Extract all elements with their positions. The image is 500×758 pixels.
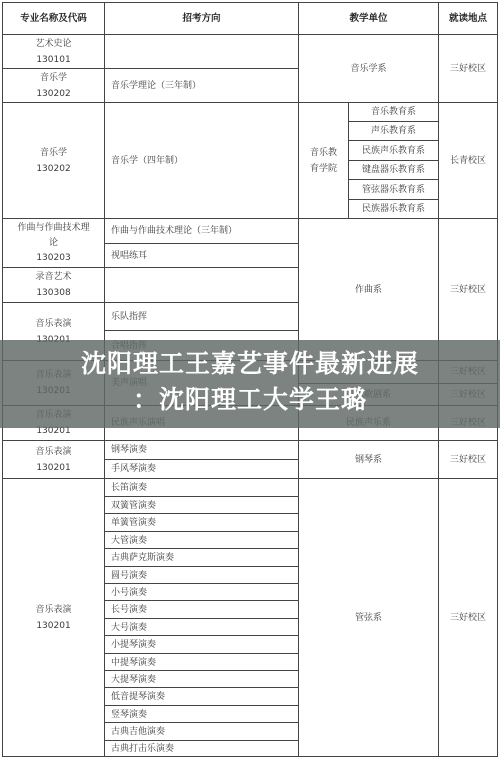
direction-cell: 手风琴演奏 [104,459,299,479]
campus-cell: 三好校区 [438,440,498,479]
unit-cell: 钢琴系 [298,440,439,479]
major-name: 艺术史论 [35,36,71,52]
header-direction: 招考方向 [104,2,299,35]
header-unit: 教学单位 [298,2,439,35]
header-campus: 就读地点 [438,2,498,35]
direction-cell: 长笛演奏 [104,478,299,497]
sub-unit-cell: 键盘器乐教育系 [348,160,439,180]
header-major: 专业名称及代码 [2,2,105,35]
major-code: 130202 [36,86,70,102]
major-cell: 音乐学 130202 [2,102,105,219]
major-name: 作曲与作曲技术理论 [14,221,94,251]
major-cell: 艺术史论 130101 [2,34,105,69]
sub-unit-cell: 管弦器乐教育系 [348,179,439,200]
direction-cell: 低音提琴演奏 [104,687,299,706]
direction-cell: 古典萨克斯演奏 [104,548,299,567]
major-cell: 音乐学 130202 [2,68,105,103]
major-code: 130101 [36,52,70,68]
major-code: 130308 [36,285,70,301]
major-cell: 音乐表演 130201 [2,440,105,479]
headline-line-2: ：沈阳理工大学王璐 [0,380,500,416]
direction-cell: 音乐学理论（三年制） [104,68,299,103]
major-cell: 录音艺术 130308 [2,267,105,303]
direction-cell: 乐队指挥 [104,302,299,331]
unit-cell: 管弦系 [298,478,439,757]
major-cell: 作曲与作曲技术理论 130203 [2,218,105,268]
direction-cell: 长号演奏 [104,600,299,619]
campus-cell: 长青校区 [438,102,498,219]
sub-unit-cell: 民族声乐教育系 [348,140,439,161]
major-name: 音乐学 [40,145,67,161]
unit-cell: 音乐学系 [298,34,439,103]
direction-cell: 小提琴演奏 [104,635,299,654]
major-name: 录音艺术 [35,269,71,285]
direction-cell: 作曲与作曲技术理论（三年制） [104,218,299,244]
campus-cell: 三好校区 [438,34,498,103]
major-code: 130201 [36,460,70,476]
headline-line-1: 沈阳理工王嘉艺事件最新进展 [0,344,500,380]
major-name: 音乐学 [40,70,67,86]
direction-cell: 古典吉他演奏 [104,722,299,741]
major-code: 130201 [36,618,70,634]
major-name: 音乐表演 [35,602,71,618]
campus-cell: 三好校区 [438,478,498,757]
direction-cell: 钢琴演奏 [104,440,299,460]
major-name: 音乐表演 [35,316,71,332]
unit-cell: 音乐教育学院 [298,102,349,219]
sub-unit-cell: 音乐教育系 [348,102,439,122]
sub-unit-cell: 民族器乐教育系 [348,199,439,219]
direction-cell: 古典打击乐演奏 [104,740,299,757]
major-code: 130202 [36,161,70,177]
direction-cell: 单簧管演奏 [104,513,299,532]
major-name: 音乐表演 [35,444,71,460]
major-cell: 音乐表演 130201 [2,478,105,757]
direction-cell: 视唱练耳 [104,243,299,268]
direction-cell [104,267,299,303]
major-code: 130203 [36,251,70,266]
direction-cell: 音乐学（四年制） [104,102,299,219]
direction-cell [104,34,299,69]
sub-unit-cell: 声乐教育系 [348,121,439,141]
